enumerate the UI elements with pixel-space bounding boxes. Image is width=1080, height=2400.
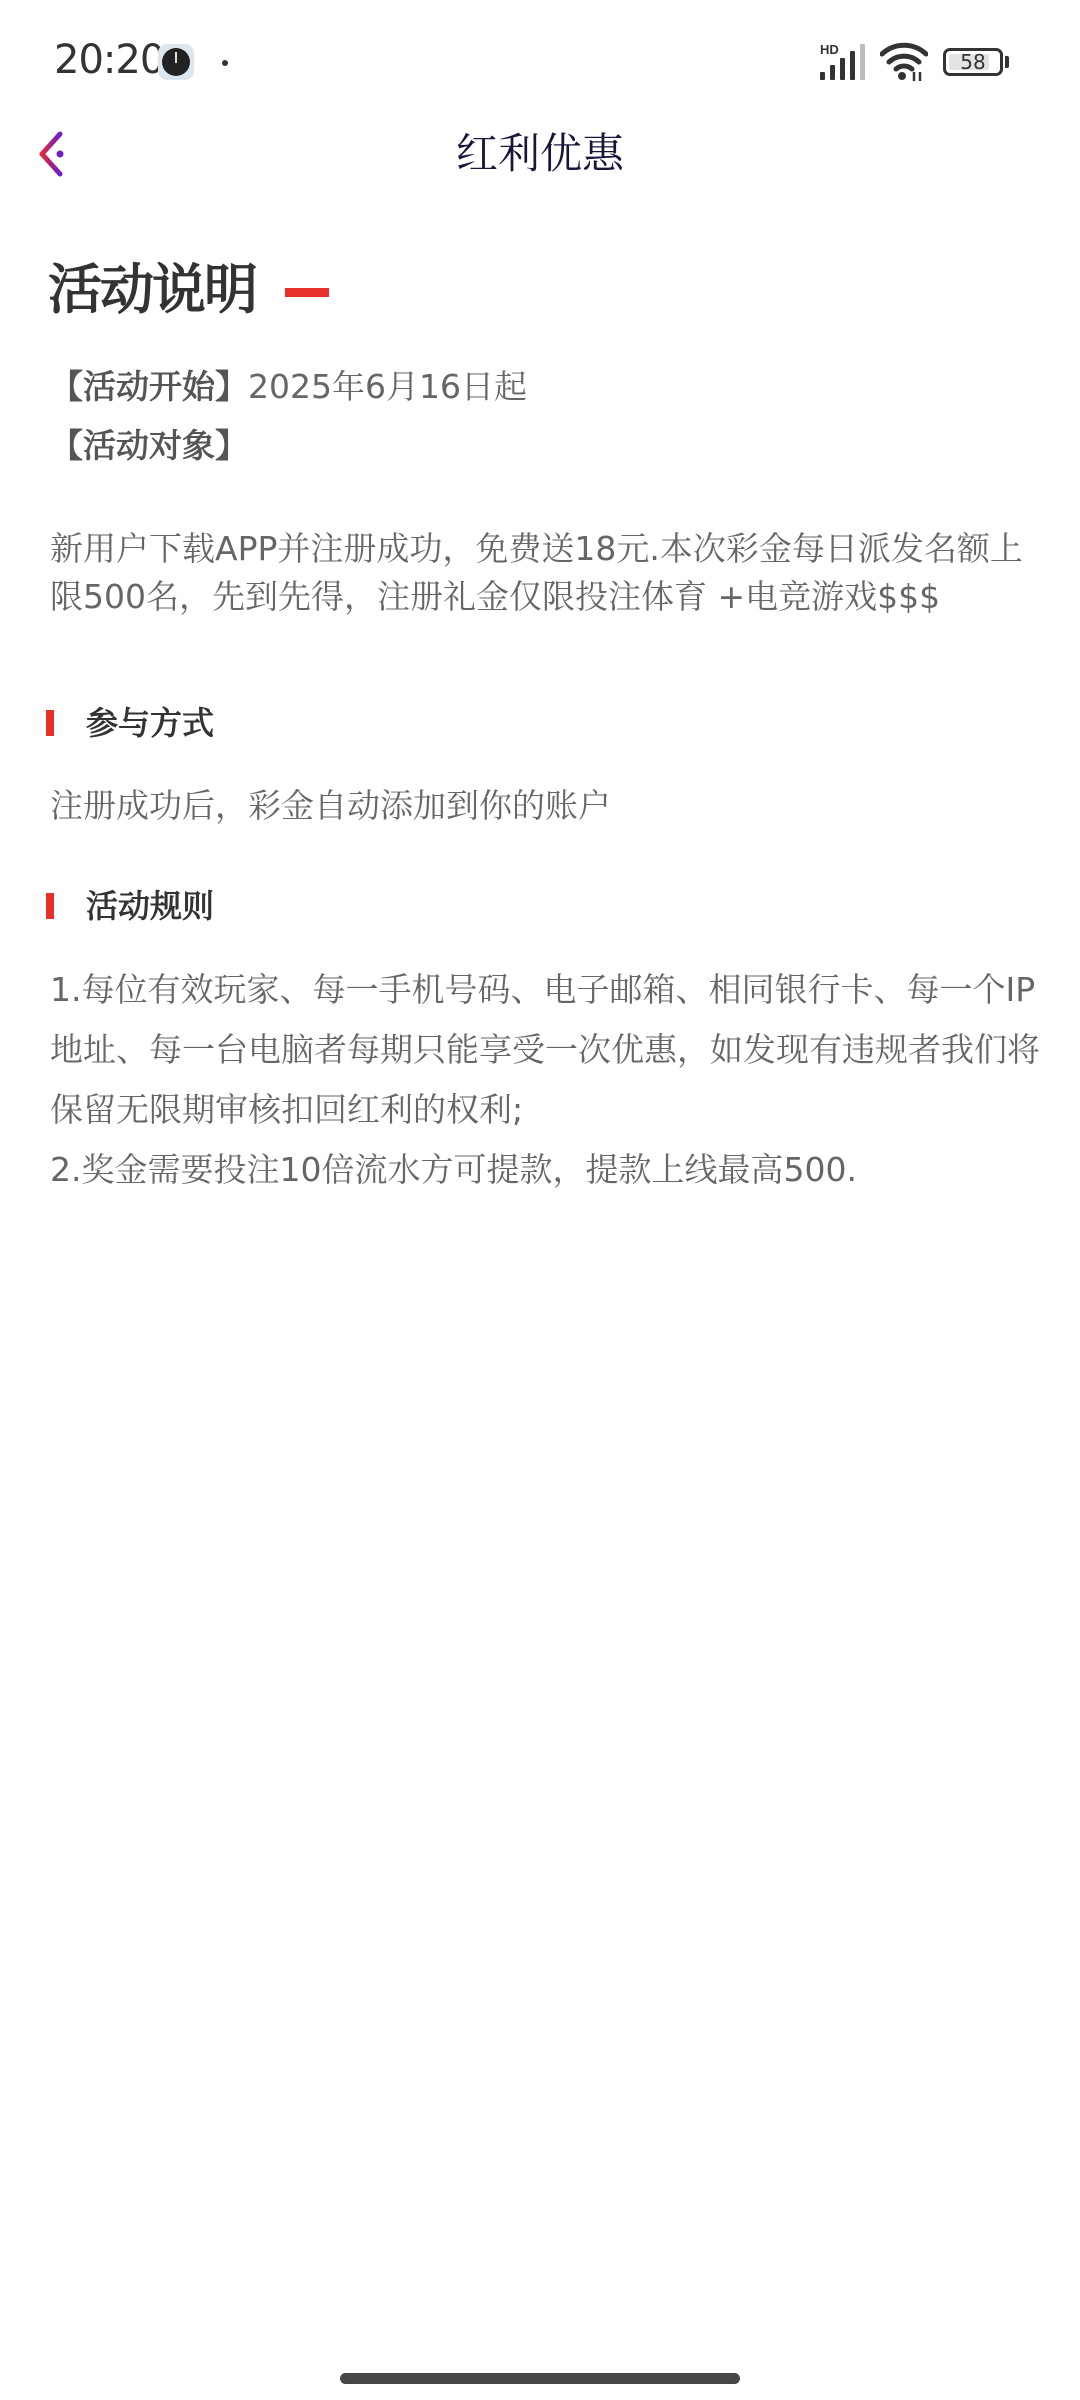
section-accent-bar: [46, 710, 54, 736]
section-title-rules: 活动规则: [86, 886, 214, 926]
rule-item: 1.每位有效玩家、每一手机号码、电子邮箱、相同银行卡、每一个IP地址、每一台电脑…: [50, 960, 1040, 1140]
notification-dot-icon: [222, 60, 228, 66]
battery-level: 58: [946, 50, 1000, 74]
rule-item: 2.奖金需要投注10倍流水方可提款，提款上线最高500.: [50, 1140, 1040, 1200]
clock-app-icon: [158, 44, 194, 80]
home-gesture-bar[interactable]: [340, 2373, 740, 2384]
activity-start-line: 【活动开始】2025年6月16日起: [50, 365, 527, 409]
status-time: 20:20: [54, 36, 164, 84]
battery-cap: [1005, 56, 1009, 68]
rules-list: 1.每位有效玩家、每一手机号码、电子邮箱、相同银行卡、每一个IP地址、每一台电脑…: [50, 960, 1040, 1200]
network-type-label: HD: [820, 42, 839, 57]
battery-icon: 58: [943, 48, 1003, 76]
main-heading: 活动说明: [48, 252, 256, 328]
activity-target-label: 【活动对象】: [50, 426, 248, 465]
activity-target-line: 【活动对象】: [50, 424, 248, 468]
activity-description: 新用户下载APP并注册成功，免费送18元.本次彩金每日派发名额上限500名，先到…: [50, 525, 1030, 621]
section-accent-bar: [46, 893, 54, 919]
section-title-participation: 参与方式: [86, 703, 214, 743]
chevron-left-icon: [42, 134, 64, 174]
participation-body: 注册成功后，彩金自动添加到你的账户: [50, 782, 1030, 830]
heading-accent-dash: [285, 288, 329, 297]
activity-start-value: 2025年6月16日起: [248, 367, 527, 406]
page-title: 红利优惠: [0, 126, 1080, 182]
activity-start-label: 【活动开始】: [50, 367, 248, 406]
back-button[interactable]: [30, 126, 78, 182]
wifi-icon: [880, 42, 928, 82]
signal-icon: HD: [820, 44, 872, 80]
